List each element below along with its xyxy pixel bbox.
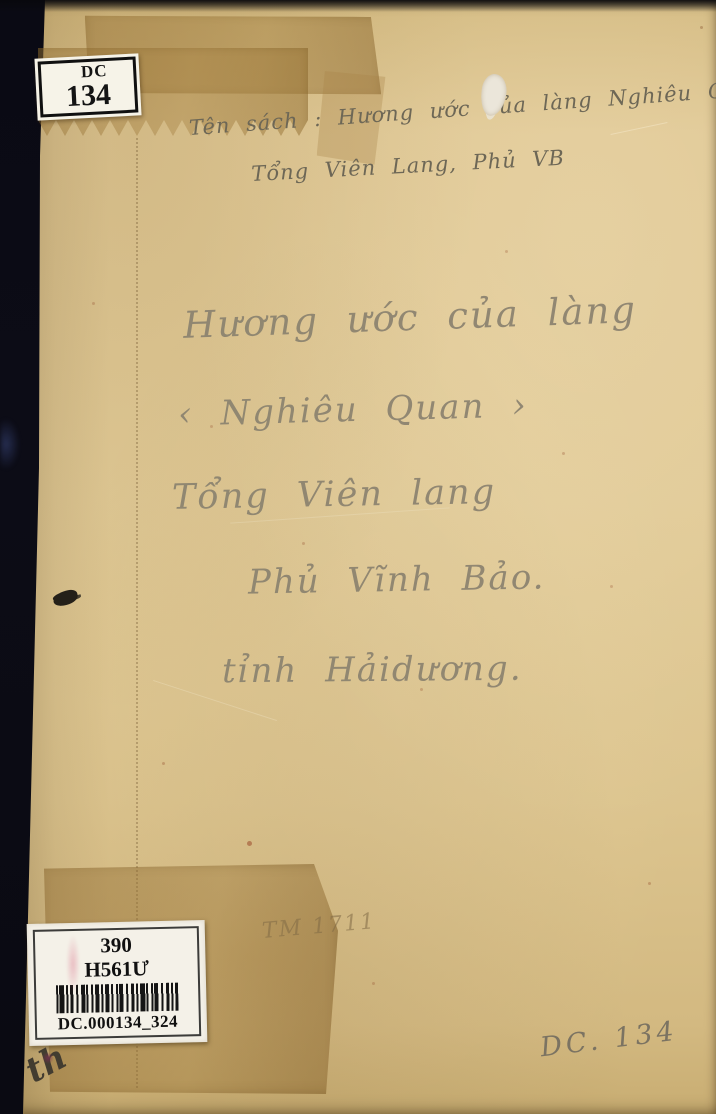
barcode-label: 390 H561Ư DC.000134_324 — [27, 920, 208, 1046]
call-number-label-frame: DC 134 — [38, 56, 139, 117]
pink-smudge — [66, 934, 80, 994]
call-number-label: DC 134 — [34, 53, 141, 120]
handwritten-title-line5: tỉnh Hảidương. — [222, 649, 523, 692]
barcode-number: DC.000134_324 — [58, 1013, 179, 1034]
barcode-label-frame: 390 H561Ư DC.000134_324 — [33, 926, 201, 1040]
handwritten-title-line3: Tổng Viên lang — [172, 472, 497, 518]
handwritten-title-line4: Phủ Vĩnh Bảo. — [248, 557, 546, 602]
call-number-value: 134 — [65, 79, 112, 113]
scanned-book-cover-page: DC 134 Tên sách : Hương ước của làng Ngh… — [0, 0, 716, 1114]
classification-number: 390 — [100, 933, 132, 958]
spine-light-reflection — [0, 418, 20, 470]
foxing-specks — [0, 0, 3, 3]
cutter-number: H561Ư — [84, 956, 149, 982]
top-dark-edge — [0, 0, 716, 12]
purple-ink-dot — [42, 1052, 54, 1064]
